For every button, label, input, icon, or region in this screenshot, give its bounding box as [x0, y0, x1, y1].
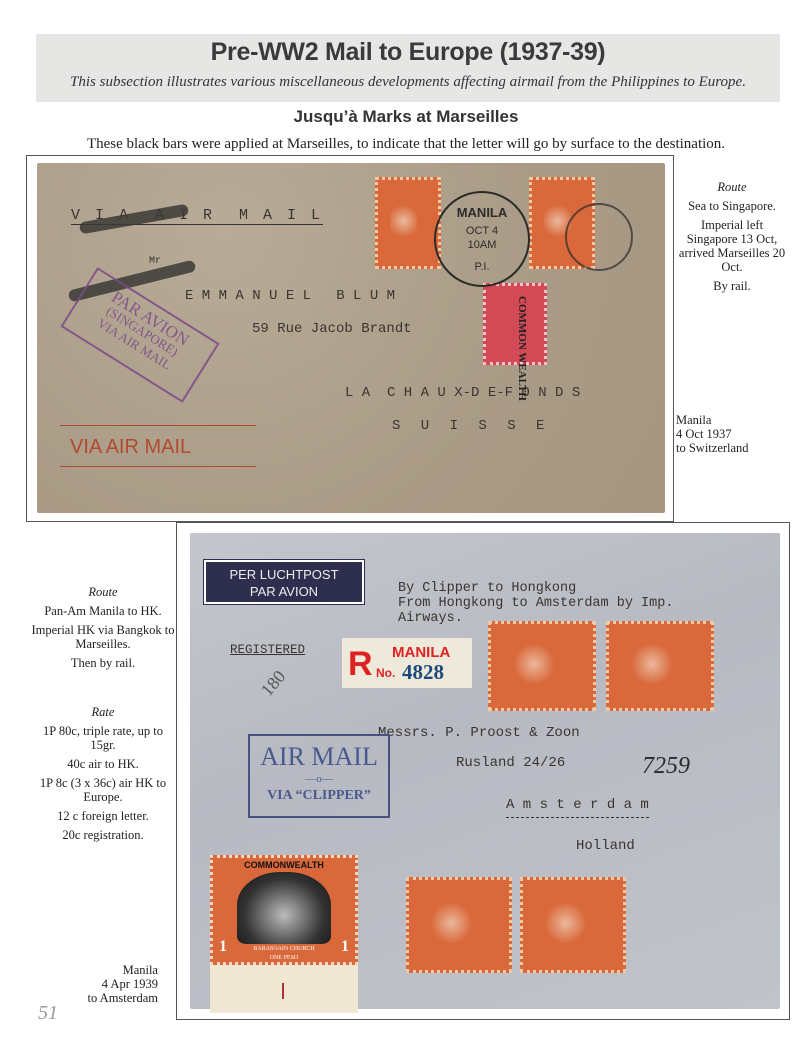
city: A m s t e r d a m — [506, 797, 649, 818]
country: S U I S S E — [392, 418, 550, 434]
cover1-origin-note: Manila 4 Oct 1937 to Switzerland — [676, 413, 788, 455]
stamp-map — [606, 621, 714, 711]
street: 59 Rue Jacob Brandt — [252, 321, 412, 337]
clipper-cachet: AIR MAIL —o— VIA “CLIPPER” — [248, 734, 390, 818]
registration-label: R MANILA No. 4828 — [342, 638, 472, 688]
city: L A C H A U X-D E-F O N D S — [345, 385, 580, 401]
registered-mark: REGISTERED — [230, 643, 305, 657]
cover2-origin-note: Manila 4 Apr 1939 to Amsterdam — [30, 963, 158, 1005]
overprint-text: COMMON WEALTH — [516, 296, 528, 401]
via-air-mail-label: VIA AIR MAIL — [60, 425, 256, 467]
street: Rusland 24/26 — [456, 755, 565, 771]
addressee: Messrs. P. Proost & Zoon — [378, 725, 580, 741]
page-number: 51 — [38, 1002, 58, 1025]
salutation: Mr — [149, 256, 161, 267]
stamp-map — [488, 621, 596, 711]
pencil-note: 180 — [257, 666, 290, 700]
section-description: These black bars were applied at Marseil… — [0, 136, 812, 153]
luchtpost-etiquette: PER LUCHTPOST PAR AVION — [204, 560, 364, 604]
postmark-icon — [565, 203, 633, 271]
addressee: E M M A N U E L B L U M — [185, 288, 395, 304]
stamp-map — [375, 177, 441, 269]
postmark-icon: MANILA OCT 4 10AM P.I. — [434, 191, 530, 287]
page-title: Pre-WW2 Mail to Europe (1937-39) — [36, 38, 780, 67]
stamp-map — [520, 877, 626, 973]
page-subtitle: This subsection illustrates various misc… — [36, 74, 780, 91]
page-header: Pre-WW2 Mail to Europe (1937-39) This su… — [36, 34, 780, 102]
stamp-one-peso: COMMONWEALTH 1 1 BARASOAIN CHURCH ONE PE… — [210, 855, 358, 1013]
section-title: Jusqu’à Marks at Marseilles — [0, 107, 812, 127]
stamp-map — [406, 877, 512, 973]
stamp-commonwealth: COMMON WEALTH — [483, 283, 547, 365]
handwritten-number: 7259 — [642, 753, 690, 780]
country: Holland — [576, 838, 635, 854]
routing-note: By Clipper to HongkongFrom Hongkong to A… — [398, 581, 673, 626]
cover2-route-note: Route Pan-Am Manila to HK. Imperial HK v… — [30, 585, 176, 847]
church-vignette — [237, 872, 331, 944]
cover1-route-note: Route Sea to Singapore. Imperial left Si… — [676, 180, 788, 298]
